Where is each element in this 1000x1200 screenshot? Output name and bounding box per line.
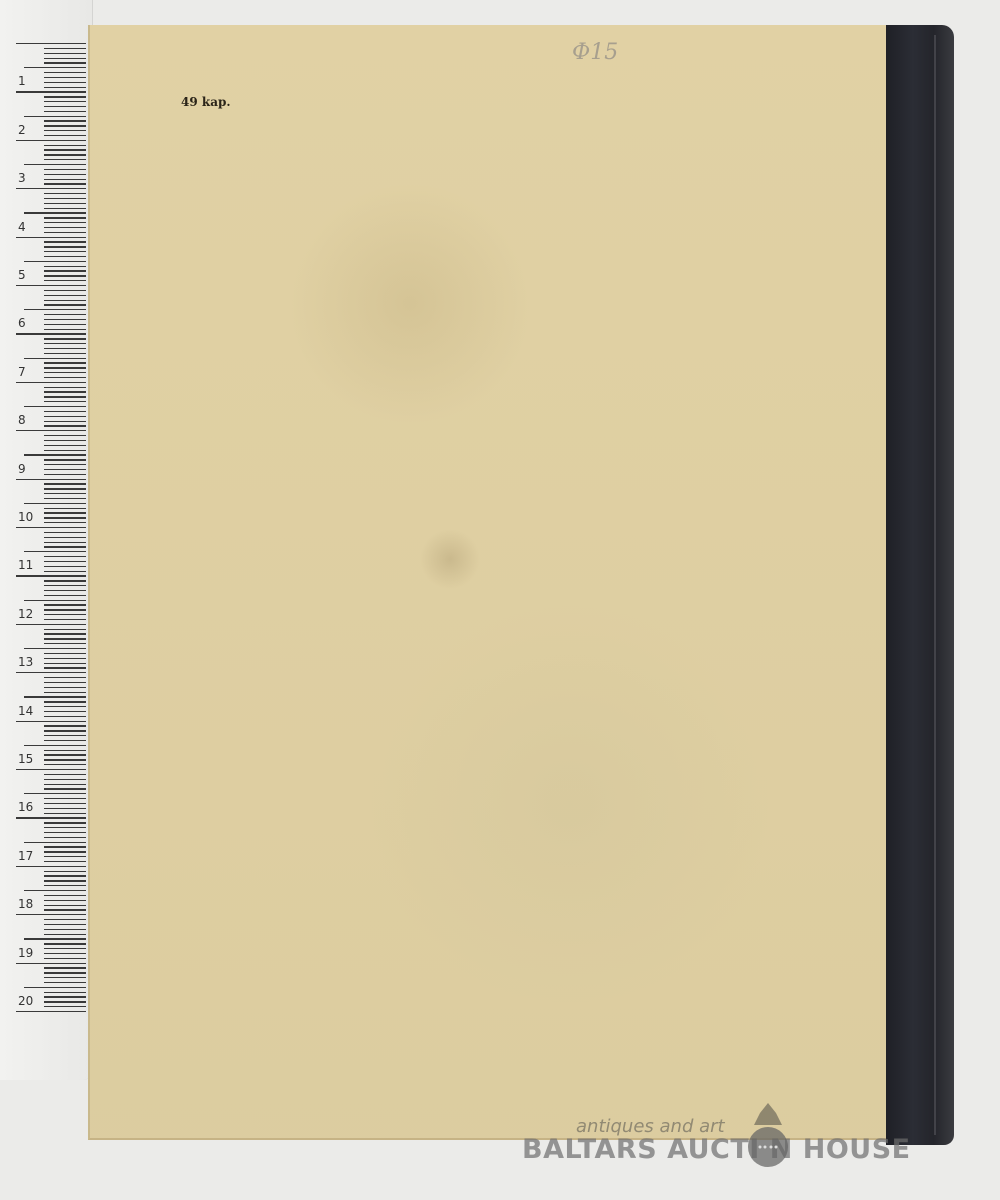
ruler-tick — [44, 861, 86, 862]
ruler-tick — [44, 62, 86, 63]
ruler-label: 5 — [18, 268, 26, 282]
ruler-tick — [44, 653, 86, 654]
ruler-tick — [44, 149, 86, 150]
ruler-tick — [44, 687, 86, 688]
ruler-tick — [44, 280, 86, 281]
ruler-tick — [44, 759, 86, 760]
ruler-tick — [44, 275, 86, 276]
ruler-tick — [44, 580, 86, 581]
ruler-tick — [44, 537, 86, 538]
ruler-tick — [44, 290, 86, 291]
ruler-tick — [44, 125, 86, 126]
ruler-tick — [44, 972, 86, 973]
ruler-tick — [44, 53, 86, 54]
ruler-tick — [16, 140, 86, 141]
ruler-tick — [44, 208, 86, 209]
ruler-tick — [44, 590, 86, 591]
ruler-tick — [44, 343, 86, 344]
ruler-tick — [44, 692, 86, 693]
ruler-tick — [44, 851, 86, 852]
ruler-label: 8 — [18, 413, 26, 427]
ruler-label: 7 — [18, 365, 26, 379]
ruler-tick — [44, 803, 86, 804]
ruler-tick — [44, 101, 86, 102]
ruler-tick — [44, 595, 86, 596]
ruler-tick — [44, 353, 86, 354]
ruler-tick — [24, 793, 86, 794]
ruler-tick — [24, 164, 86, 165]
ruler-tick — [44, 658, 86, 659]
ruler-tick — [24, 406, 86, 407]
ruler-tick — [44, 953, 86, 954]
ruler-tick — [44, 1001, 86, 1002]
ruler-tick — [16, 285, 86, 286]
ruler-tick — [44, 934, 86, 935]
ruler-tick — [44, 774, 86, 775]
ruler-tick — [24, 600, 86, 601]
ruler-tick — [44, 82, 86, 83]
ruler-tick — [24, 551, 86, 552]
ruler-tick — [44, 58, 86, 59]
ruler-tick — [44, 764, 86, 765]
ruler-tick — [44, 464, 86, 465]
ruler-tick — [44, 885, 86, 886]
ruler-tick — [16, 866, 86, 867]
ruler-tick — [44, 483, 86, 484]
ruler-tick — [44, 633, 86, 634]
ruler-label: 11 — [18, 558, 33, 572]
ruler-tick — [44, 740, 86, 741]
ruler-label: 2 — [18, 123, 26, 137]
book-back-cover — [88, 25, 890, 1140]
ruler-tick — [44, 372, 86, 373]
ruler-tick — [24, 212, 86, 213]
ruler-tick — [44, 130, 86, 131]
ruler-tick — [44, 822, 86, 823]
price-label: 49 kap. — [181, 95, 231, 109]
ruler-tick — [16, 333, 86, 334]
ruler-tick — [44, 948, 86, 949]
ruler-tick — [44, 251, 86, 252]
ruler-label: 19 — [18, 946, 33, 960]
ruler-tick — [16, 1011, 86, 1012]
ruler-label: 15 — [18, 752, 33, 766]
ruler-tick — [44, 943, 86, 944]
ruler-tick — [16, 963, 86, 964]
book-spine — [886, 25, 954, 1145]
ruler-tick — [44, 396, 86, 397]
ruler-tick — [44, 808, 86, 809]
ruler-tick — [16, 188, 86, 189]
ruler-tick — [24, 358, 86, 359]
ruler-tick — [24, 842, 86, 843]
ruler-tick — [44, 905, 86, 906]
ruler-tick — [44, 319, 86, 320]
ruler-tick — [44, 391, 86, 392]
ruler-tick — [44, 270, 86, 271]
ruler-label: 12 — [18, 607, 33, 621]
ruler-tick — [44, 996, 86, 997]
ruler-tick — [44, 1006, 86, 1007]
ruler-tick — [24, 696, 86, 697]
ruler-tick — [44, 421, 86, 422]
ruler-tick — [44, 716, 86, 717]
ruler-tick — [44, 324, 86, 325]
ruler-tick — [44, 895, 86, 896]
ruler-tick — [44, 493, 86, 494]
ruler-tick — [44, 295, 86, 296]
ruler-tick — [44, 619, 86, 620]
ruler-label: 6 — [18, 316, 26, 330]
ruler-tick — [44, 193, 86, 194]
ruler-tick — [24, 67, 86, 68]
ruler-tick — [44, 203, 86, 204]
ruler-tick — [24, 503, 86, 504]
ruler-tick — [44, 145, 86, 146]
ruler-tick — [44, 992, 86, 993]
ruler-tick — [44, 788, 86, 789]
ruler-tick — [44, 875, 86, 876]
ruler-tick — [44, 677, 86, 678]
ruler-tick — [44, 48, 86, 49]
ruler-tick — [44, 106, 86, 107]
ruler-tick — [44, 198, 86, 199]
crown-logo-icon — [748, 1103, 788, 1171]
ruler-tick — [44, 232, 86, 233]
ruler-tick — [44, 111, 86, 112]
ruler-tick — [16, 769, 86, 770]
ruler-tick — [44, 174, 86, 175]
ruler-tick — [44, 522, 86, 523]
ruler-tick — [44, 72, 86, 73]
ruler-tick — [44, 135, 86, 136]
ruler-tick — [44, 614, 86, 615]
ruler-tick — [24, 116, 86, 117]
ruler-tick — [44, 179, 86, 180]
ruler-tick — [44, 440, 86, 441]
ruler-tick — [44, 643, 86, 644]
ruler-tick — [44, 871, 86, 872]
ruler-tick — [16, 575, 86, 576]
ruler-label: 20 — [18, 994, 33, 1008]
ruler-tick — [44, 425, 86, 426]
ruler-tick — [44, 362, 86, 363]
ruler-tick — [24, 745, 86, 746]
ruler-tick — [16, 672, 86, 673]
ruler-tick — [44, 120, 86, 121]
ruler-tick — [24, 648, 86, 649]
ruler-tick — [44, 982, 86, 983]
ruler-tick — [44, 556, 86, 557]
ruler-tick — [44, 798, 86, 799]
ruler-tick — [44, 546, 86, 547]
ruler-tick — [44, 474, 86, 475]
ruler-label: 16 — [18, 800, 33, 814]
ruler-tick — [44, 754, 86, 755]
ruler-tick — [24, 261, 86, 262]
ruler-tick — [44, 711, 86, 712]
ruler-tick — [24, 309, 86, 310]
ruler-tick — [44, 542, 86, 543]
ruler-tick — [16, 721, 86, 722]
ruler-tick — [44, 183, 86, 184]
ruler-tick — [44, 416, 86, 417]
ruler-label: 9 — [18, 462, 26, 476]
ruler-tick — [44, 512, 86, 513]
ruler-tick — [16, 914, 86, 915]
ruler-tick — [44, 300, 86, 301]
ruler-tick — [44, 387, 86, 388]
ruler-label: 14 — [18, 704, 33, 718]
ruler-tick — [44, 924, 86, 925]
ruler-tick — [44, 561, 86, 562]
ruler-tick — [44, 227, 86, 228]
ruler-tick — [44, 411, 86, 412]
ruler-tick — [44, 750, 86, 751]
ruler-label: 3 — [18, 171, 26, 185]
ruler-tick — [44, 450, 86, 451]
ruler-tick — [44, 532, 86, 533]
ruler-tick — [44, 609, 86, 610]
ruler-tick — [44, 909, 86, 910]
ruler-tick — [44, 779, 86, 780]
ruler-tick — [16, 382, 86, 383]
ruler-tick — [44, 217, 86, 218]
ruler-tick — [44, 169, 86, 170]
ruler-tick — [44, 445, 86, 446]
ruler-tick — [44, 919, 86, 920]
ruler-tick — [44, 682, 86, 683]
ruler-label: 13 — [18, 655, 33, 669]
ruler-tick — [44, 304, 86, 305]
ruler-tick — [44, 730, 86, 731]
ruler-tick — [44, 856, 86, 857]
ruler-tick — [44, 958, 86, 959]
ruler-label: 4 — [18, 220, 26, 234]
ruler-tick — [44, 459, 86, 460]
ruler-tick — [16, 624, 86, 625]
ruler-tick — [44, 977, 86, 978]
ruler-tick — [44, 377, 86, 378]
ruler-tick — [44, 663, 86, 664]
ruler-tick — [24, 987, 86, 988]
ruler-label: 10 — [18, 510, 33, 524]
ruler-tick — [24, 938, 86, 939]
ruler-tick — [44, 813, 86, 814]
ruler-tick — [44, 266, 86, 267]
ruler-tick — [44, 469, 86, 470]
ruler-tick — [44, 571, 86, 572]
ruler-tick — [44, 604, 86, 605]
ruler-tick — [44, 96, 86, 97]
ruler-tick — [44, 585, 86, 586]
ruler-tick — [44, 498, 86, 499]
ruler-tick — [24, 890, 86, 891]
ruler-tick — [16, 430, 86, 431]
ruler-tick — [16, 91, 86, 92]
ruler-tick — [44, 508, 86, 509]
ruler-tick — [44, 667, 86, 668]
watermark-brand: BALTARS AUCTI N HOUSE — [522, 1134, 911, 1165]
ruler-tick — [44, 725, 86, 726]
ruler-tick — [44, 159, 86, 160]
ruler-tick — [16, 527, 86, 528]
ruler-tick — [44, 348, 86, 349]
ruler-tick — [16, 43, 86, 44]
ruler-tick — [44, 329, 86, 330]
ruler-tick — [44, 222, 86, 223]
ruler-tick — [44, 367, 86, 368]
ruler-tick — [44, 880, 86, 881]
ruler-tick — [16, 237, 86, 238]
ruler-tick — [44, 900, 86, 901]
ruler-label: 1 — [18, 74, 26, 88]
ruler-tick — [44, 706, 86, 707]
ruler-tick — [44, 832, 86, 833]
ruler-tick — [44, 784, 86, 785]
ruler-tick — [44, 517, 86, 518]
ruler-tick — [44, 246, 86, 247]
ruler-tick — [44, 401, 86, 402]
ruler-tick — [44, 488, 86, 489]
ruler-tick — [44, 846, 86, 847]
ruler-label: 18 — [18, 897, 33, 911]
ruler-tick — [44, 638, 86, 639]
ruler-tick — [44, 154, 86, 155]
ruler-tick — [44, 735, 86, 736]
ruler-tick — [24, 454, 86, 455]
ruler-tick — [44, 629, 86, 630]
ruler-tick — [44, 701, 86, 702]
ruler-tick — [44, 77, 86, 78]
ruler-tick — [44, 566, 86, 567]
ruler-tick — [44, 435, 86, 436]
ruler-tick — [44, 338, 86, 339]
ruler-tick — [44, 241, 86, 242]
measuring-ruler: 1234567891011121314151617181920 — [0, 0, 93, 1080]
ruler-tick — [44, 827, 86, 828]
ruler-tick — [44, 929, 86, 930]
ruler-tick — [44, 314, 86, 315]
ruler-tick — [16, 817, 86, 818]
ruler-tick — [44, 256, 86, 257]
ruler-tick — [16, 479, 86, 480]
ruler-tick — [44, 967, 86, 968]
ruler-tick — [44, 87, 86, 88]
pencil-note: Ф15 — [572, 40, 618, 65]
ruler-label: 17 — [18, 849, 33, 863]
ruler-tick — [44, 837, 86, 838]
